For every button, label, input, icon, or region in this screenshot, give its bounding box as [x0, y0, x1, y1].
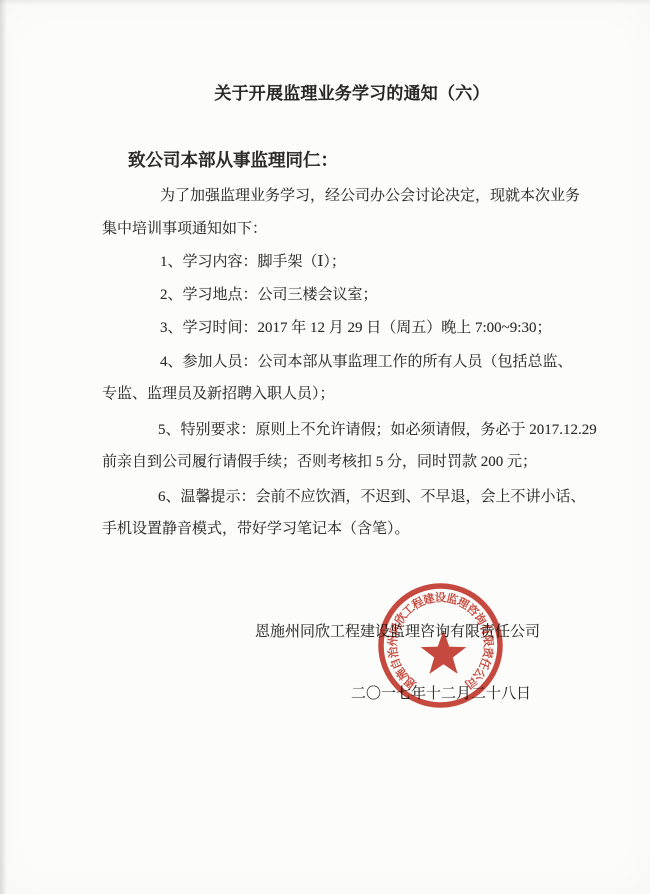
body-line: 前亲自到公司履行请假手续；否则考核扣 5 分，同时罚款 200 元；: [102, 451, 537, 473]
body-line-item-2: 2、学习地点：公司三楼会议室；: [160, 284, 378, 306]
scan-edge-shadow-top: [0, 0, 650, 5]
salutation-line: 致公司本部从事监理同仁：: [128, 149, 338, 171]
body-line-item-6: 6、温馨提示：会前不应饮酒，不迟到、不早退，会上不讲小话、: [158, 486, 586, 508]
body-line: 集中培训事项通知如下：: [102, 218, 267, 240]
body-line-item-1: 1、学习内容：脚手架（Ⅰ）；: [160, 251, 346, 273]
notice-title: 关于开展监理业务学习的通知（六）: [52, 83, 650, 105]
scanned-notice-page: 关于开展监理业务学习的通知（六） 致公司本部从事监理同仁： 为了加强监理业务学习…: [0, 0, 650, 894]
company-seal-stamp: 恩施自治州同欣工程建设监理咨询有限责任公司: [377, 582, 504, 709]
body-line-item-4: 4、参加人员：公司本部从事监理工作的所有人员（包括总监、: [160, 351, 573, 373]
body-line-item-5: 5、特别要求：原则上不允许请假；如必须请假，务必于 2017.12.29: [158, 419, 597, 441]
body-line: 专监、监理员及新招聘入职人员）；: [102, 383, 335, 405]
body-line: 手机设置静音模式，带好学习笔记本（含笔）。: [102, 518, 410, 540]
body-line-item-3: 3、学习时间：2017 年 12 月 29 日（周五）晚上 7:00~9:30；: [160, 317, 551, 339]
scan-edge-shadow-left: [0, 0, 7, 894]
seal-star-icon: [421, 631, 467, 674]
body-line: 为了加强监理业务学习，经公司办公会讨论决定，现就本次业务: [160, 185, 580, 207]
